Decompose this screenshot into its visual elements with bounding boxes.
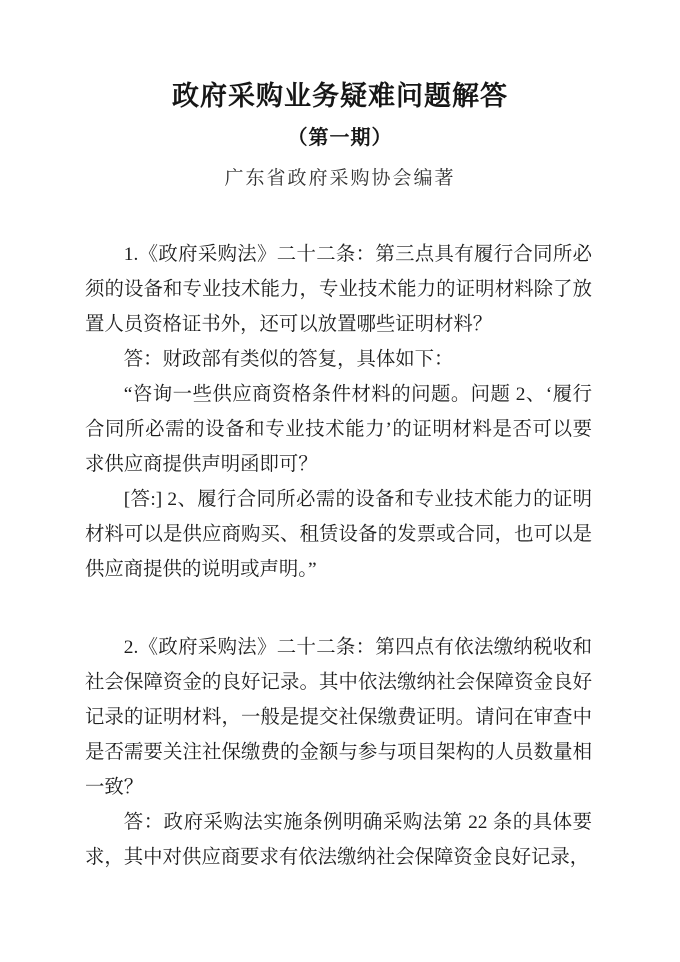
answer-1-intro-paragraph: 答：财政部有类似的答复，具体如下： <box>85 342 592 377</box>
quoted-question-paragraph: “咨询一些供应商资格条件材料的问题。问题 2、‘履行合同所必需的设备和专业技术能… <box>85 377 592 482</box>
question-2-paragraph: 2.《政府采购法》二十二条：第四点有依法缴纳税收和社会保障资金的良好记录。其中依… <box>85 630 592 805</box>
question-1-paragraph: 1.《政府采购法》二十二条：第三点具有履行合同所必须的设备和专业技术能力，专业技… <box>85 237 592 342</box>
document-author: 广东省政府采购协会编著 <box>0 167 680 190</box>
document-body: 1.《政府采购法》二十二条：第三点具有履行合同所必须的设备和专业技术能力，专业技… <box>85 237 592 875</box>
document-subtitle: （第一期） <box>0 126 680 151</box>
document-page: 政府采购业务疑难问题解答 （第一期） 广东省政府采购协会编著 1.《政府采购法》… <box>0 0 680 962</box>
document-title: 政府采购业务疑难问题解答 <box>0 0 680 113</box>
quoted-answer-paragraph: [答:] 2、履行合同所必需的设备和专业技术能力的证明材料可以是供应商购买、租赁… <box>85 482 592 587</box>
answer-2-paragraph: 答：政府采购法实施条例明确采购法第 22 条的具体要求，其中对供应商要求有依法缴… <box>85 805 592 875</box>
